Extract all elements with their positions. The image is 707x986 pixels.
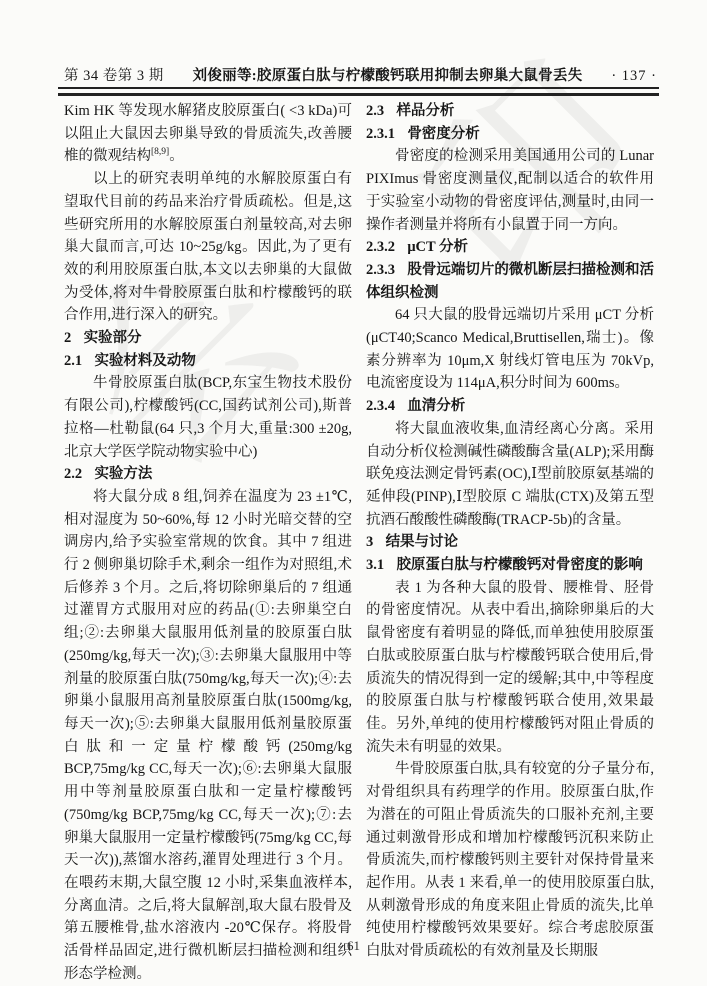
paragraph-serum: 将大鼠血液收集,血清经离心分离。采用自动分析仪检测碱性磷酸酶含量(ALP);采用… <box>366 418 654 532</box>
header-page-number: · 137 · <box>611 68 657 85</box>
section-number: 2.3.4 <box>366 398 395 414</box>
paragraph-motivation: 以上的研究表明单纯的水解胶原蛋白有望取代目前的药品来治疗骨质疏松。但是,这些研究… <box>64 168 352 327</box>
subsection-heading-bmd-analysis: 2.3.1骨密度分析 <box>366 123 654 146</box>
section-title: 胶原蛋白肽与柠檬酸钙对骨密度的影响 <box>396 557 643 573</box>
section-heading-results: 3结果与讨论 <box>366 531 654 554</box>
section-title: 血清分析 <box>407 398 465 414</box>
header-running-title: 刘俊丽等:胶原蛋白肽与柠檬酸钙联用抑制去卵巢大鼠骨丢失 <box>193 64 583 85</box>
header-volume-issue: 第 34 卷第 3 期 <box>64 64 164 85</box>
section-title: 实验部分 <box>84 330 142 346</box>
section-title: 骨密度分析 <box>407 126 480 142</box>
intro-text: Kim HK 等发现水解猪皮胶原蛋白( <3 kDa)可以阻止大鼠因去卵巢导致的… <box>64 103 352 164</box>
footer-page-number: 61 <box>347 938 360 953</box>
page-footer: 61 <box>0 938 707 954</box>
section-number: 2.3.1 <box>366 126 395 142</box>
subsection-heading-sample-analysis: 2.3样品分析 <box>366 100 654 123</box>
subsection-heading-methods: 2.2实验方法 <box>64 463 352 486</box>
section-number: 3.1 <box>366 557 384 573</box>
section-title: μCT 分析 <box>407 239 468 255</box>
paragraph-bmd: 骨密度的检测采用美国通用公司的 Lunar PIXImus 骨密度测量仪,配制以… <box>366 145 654 236</box>
section-number: 2.3.3 <box>366 262 395 278</box>
section-title: 实验材料及动物 <box>94 353 196 369</box>
section-number: 2 <box>64 330 71 346</box>
page-header: 第 34 卷第 3 期 刘俊丽等:胶原蛋白肽与柠檬酸钙联用抑制去卵巢大鼠骨丢失 … <box>64 64 657 85</box>
subsection-heading-serum-analysis: 2.3.4血清分析 <box>366 395 654 418</box>
paragraph-results: 表 1 为各种大鼠的股骨、腰椎骨、胫骨的骨密度情况。从表中看出,摘除卵巢后的大鼠… <box>366 577 654 759</box>
right-column: 2.3样品分析 2.3.1骨密度分析 骨密度的检测采用美国通用公司的 Lunar… <box>366 100 654 985</box>
header-rule-bottom <box>58 93 659 96</box>
section-heading-experiment: 2实验部分 <box>64 327 352 350</box>
paragraph-materials: 牛骨胶原蛋白肽(BCP,东宝生物技术股份有限公司),柠檬酸钙(CC,国药试剂公司… <box>64 372 352 463</box>
section-number: 2.3 <box>366 103 384 119</box>
subsection-heading-femur-slice: 2.3.3股骨远端切片的微机断层扫描检测和活体组织检测 <box>366 259 654 304</box>
paragraph-methods: 将大鼠分成 8 组,饲养在温度为 23 ±1℃,相对湿度为 50~60%,每 1… <box>64 486 352 985</box>
section-title: 股骨远端切片的微机断层扫描检测和活体组织检测 <box>366 262 654 301</box>
section-number: 2.2 <box>64 466 82 482</box>
intro-period: 。 <box>169 148 184 164</box>
journal-article-page: 印 会 第 34 卷第 3 期 刘俊丽等:胶原蛋白肽与柠檬酸钙联用抑制去卵巢大鼠… <box>0 0 707 986</box>
subsection-heading-bmd-effect: 3.1胶原蛋白肽与柠檬酸钙对骨密度的影响 <box>366 554 654 577</box>
section-number: 3 <box>366 534 373 550</box>
paragraph-uct: 64 只大鼠的股骨远端切片采用 μCT 分析(μCT40;Scanco Medi… <box>366 304 654 395</box>
section-title: 样品分析 <box>396 103 454 119</box>
section-number: 2.3.2 <box>366 239 395 255</box>
left-column: Kim HK 等发现水解猪皮胶原蛋白( <3 kDa)可以阻止大鼠因去卵巢导致的… <box>64 100 352 985</box>
paragraph-discussion: 牛骨胶原蛋白肽,具有较宽的分子量分布,对骨组织具有药理学的作用。胶原蛋白肽,作为… <box>366 758 654 962</box>
section-title: 结果与讨论 <box>386 534 459 550</box>
citation-reference: [8,9] <box>151 148 169 158</box>
paragraph-intro-continuation: Kim HK 等发现水解猪皮胶原蛋白( <3 kDa)可以阻止大鼠因去卵巢导致的… <box>64 100 352 168</box>
subsection-heading-materials: 2.1实验材料及动物 <box>64 350 352 373</box>
article-body: Kim HK 等发现水解猪皮胶原蛋白( <3 kDa)可以阻止大鼠因去卵巢导致的… <box>64 100 654 985</box>
section-number: 2.1 <box>64 353 82 369</box>
header-rule-top <box>58 87 659 89</box>
subsection-heading-uct-analysis: 2.3.2μCT 分析 <box>366 236 654 259</box>
section-title: 实验方法 <box>94 466 152 482</box>
